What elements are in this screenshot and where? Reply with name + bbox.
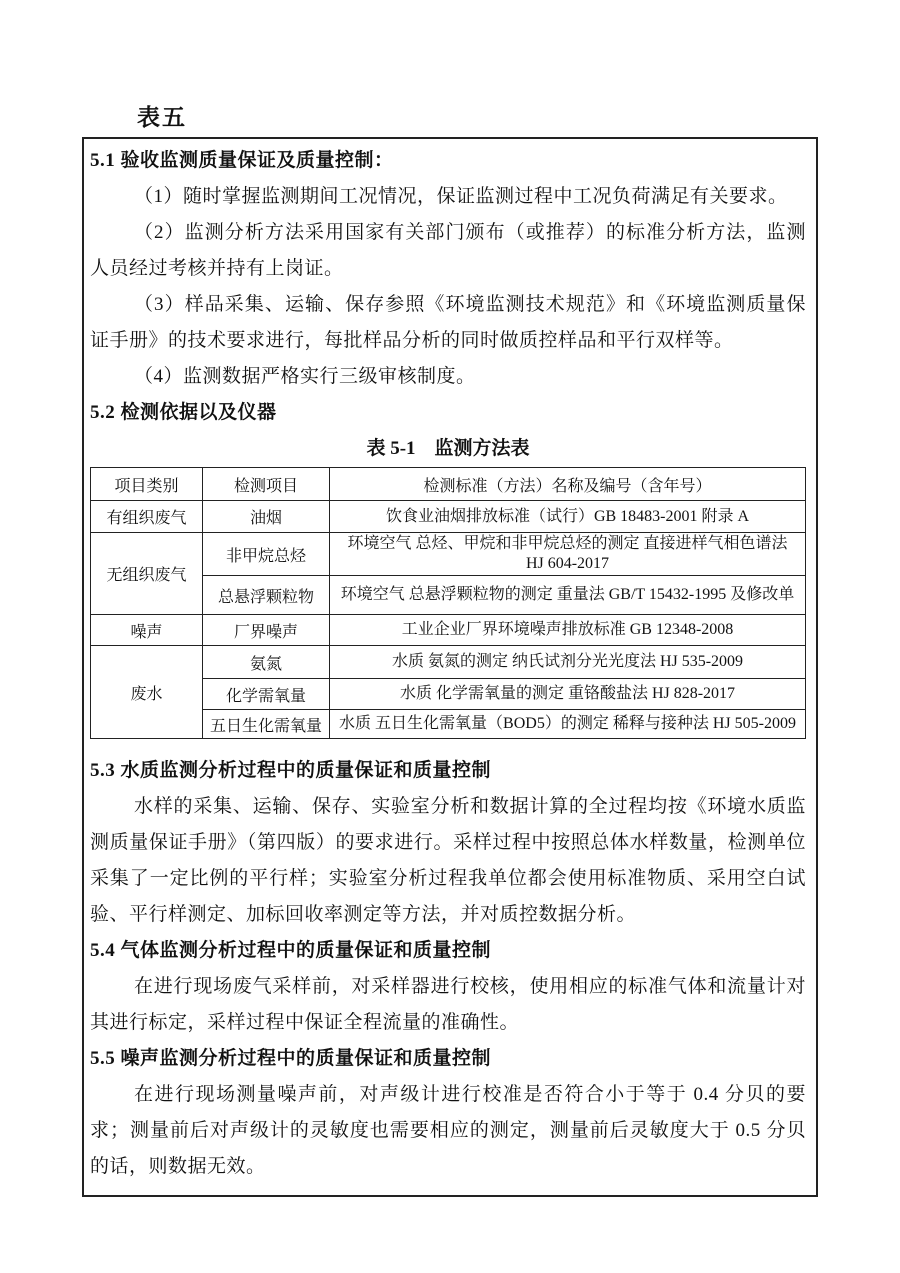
content-box: 5.1 验收监测质量保证及质量控制： （1）随时掌握监测期间工况情况，保证监测过…	[82, 137, 818, 1197]
header-category: 项目类别	[91, 468, 203, 501]
section-5-4-heading: 5.4 气体监测分析过程中的质量保证和质量控制	[90, 933, 806, 969]
cell-item: 五日生化需氧量	[203, 710, 330, 739]
section-5-5-body: 在进行现场测量噪声前，对声级计进行校准是否符合小于等于 0.4 分贝的要求；测量…	[90, 1077, 806, 1185]
cell-standard: 工业企业厂界环境噪声排放标准 GB 12348-2008	[330, 615, 806, 646]
cell-standard: 饮食业油烟排放标准（试行）GB 18483-2001 附录 A	[330, 501, 806, 533]
cell-item: 总悬浮颗粒物	[203, 576, 330, 615]
cell-standard: 环境空气 总烃、甲烷和非甲烷总烃的测定 直接进样气相色谱法 HJ 604-201…	[330, 533, 806, 576]
section-5-2-heading: 5.2 检测依据以及仪器	[90, 395, 806, 431]
document-page: 表五 5.1 验收监测质量保证及质量控制： （1）随时掌握监测期间工况情况，保证…	[0, 0, 900, 1273]
table-row: 有组织废气 油烟 饮食业油烟排放标准（试行）GB 18483-2001 附录 A	[91, 501, 806, 533]
table-row: 噪声 厂界噪声 工业企业厂界环境噪声排放标准 GB 12348-2008	[91, 615, 806, 646]
section-5-3-heading: 5.3 水质监测分析过程中的质量保证和质量控制	[90, 753, 806, 789]
cell-category: 废水	[91, 646, 203, 739]
section-5-3-body: 水样的采集、运输、保存、实验室分析和数据计算的全过程均按《环境水质监测质量保证手…	[90, 789, 806, 933]
table-row: 无组织废气 非甲烷总烃 环境空气 总烃、甲烷和非甲烷总烃的测定 直接进样气相色谱…	[91, 533, 806, 576]
cell-category: 有组织废气	[91, 501, 203, 533]
cell-item: 厂界噪声	[203, 615, 330, 646]
section-5-1-item-1: （1）随时掌握监测期间工况情况，保证监测过程中工况负荷满足有关要求。	[90, 179, 806, 215]
table-row: 废水 氨氮 水质 氨氮的测定 纳氏试剂分光光度法 HJ 535-2009	[91, 646, 806, 679]
header-standard: 检测标准（方法）名称及编号（含年号）	[330, 468, 806, 501]
cell-item: 非甲烷总烃	[203, 533, 330, 576]
table-caption: 表 5-1 监测方法表	[90, 431, 806, 467]
cell-category: 无组织废气	[91, 533, 203, 615]
section-5-5-heading: 5.5 噪声监测分析过程中的质量保证和质量控制	[90, 1041, 806, 1077]
cell-standard: 水质 五日生化需氧量（BOD5）的测定 稀释与接种法 HJ 505-2009	[330, 710, 806, 739]
table-header-row: 项目类别 检测项目 检测标准（方法）名称及编号（含年号）	[91, 468, 806, 501]
cell-standard: 环境空气 总悬浮颗粒物的测定 重量法 GB/T 15432-1995 及修改单	[330, 576, 806, 615]
cell-standard: 水质 氨氮的测定 纳氏试剂分光光度法 HJ 535-2009	[330, 646, 806, 679]
monitoring-methods-table: 项目类别 检测项目 检测标准（方法）名称及编号（含年号） 有组织废气 油烟 饮食…	[90, 467, 806, 739]
cell-standard: 水质 化学需氧量的测定 重铬酸盐法 HJ 828-2017	[330, 679, 806, 710]
header-item: 检测项目	[203, 468, 330, 501]
cell-item: 油烟	[203, 501, 330, 533]
section-5-4-body: 在进行现场废气采样前，对采样器进行校核，使用相应的标准气体和流量计对其进行标定，…	[90, 969, 806, 1041]
section-5-1-heading: 5.1 验收监测质量保证及质量控制：	[90, 143, 806, 179]
cell-category: 噪声	[91, 615, 203, 646]
sheet-label: 表五	[137, 104, 900, 132]
cell-item: 化学需氧量	[203, 679, 330, 710]
section-5-1-item-2: （2）监测分析方法采用国家有关部门颁布（或推荐）的标准分析方法，监测人员经过考核…	[90, 215, 806, 287]
section-5-1-item-4: （4）监测数据严格实行三级审核制度。	[90, 359, 806, 395]
section-5-1-item-3: （3）样品采集、运输、保存参照《环境监测技术规范》和《环境监测质量保证手册》的技…	[90, 287, 806, 359]
cell-item: 氨氮	[203, 646, 330, 679]
